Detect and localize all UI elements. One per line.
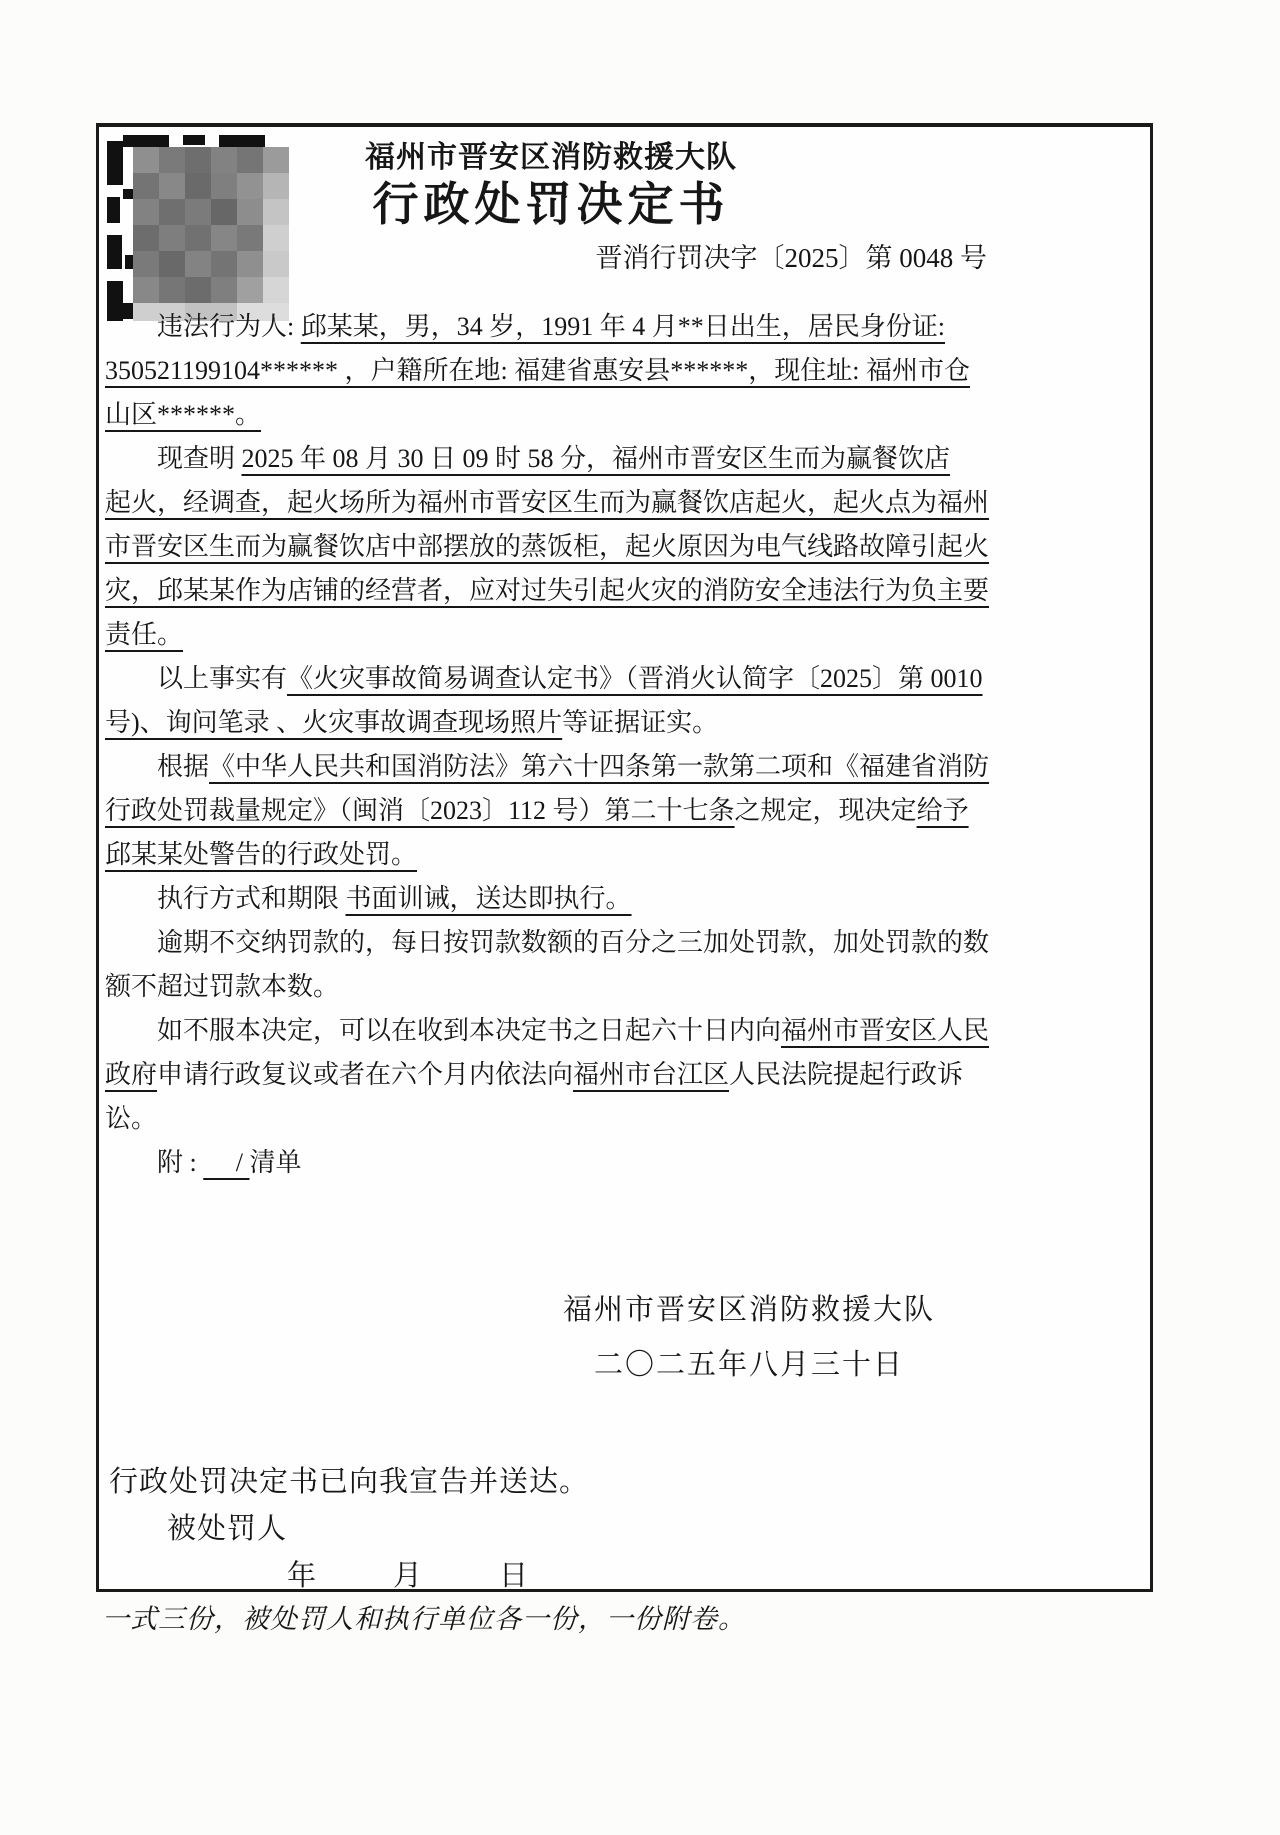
acknowledgment-block: 行政处罚决定书已向我宣告并送达。 被处罚人 年月日	[109, 1459, 589, 1600]
page-title: 行政处罚决定书	[105, 177, 997, 233]
signature-block: 福州市晋安区消防救援大队 二〇二五年八月三十日	[499, 1283, 999, 1393]
document-body: 违法行为人: 邱某某，男，34 岁，1991 年 4 月**日出生，居民身份证:…	[105, 305, 1005, 1185]
body-line: 灾，邱某某作为店铺的经营者，应对过失引起火灾的消防安全违法行为负主要	[105, 569, 1005, 613]
body-line: 额不超过罚款本数。	[105, 965, 1005, 1009]
body-line: 邱某某处警告的行政处罚。	[105, 833, 1005, 877]
body-line: 山区******。	[105, 393, 1005, 437]
body-line: 行政处罚裁量规定》（闽消〔2023〕112 号）第二十七条之规定，现决定给予	[105, 789, 1005, 833]
body-line: 责任。	[105, 613, 1005, 657]
scanned-document-page: 福州市晋安区消防救援大队 行政处罚决定书 晋消行罚决字〔2025〕第 0048 …	[0, 0, 1280, 1835]
body-line: 执行方式和期限 书面训诫，送达即执行。	[105, 877, 1005, 921]
body-line: 如不服本决定，可以在收到本决定书之日起六十日内向福州市晋安区人民	[105, 1009, 1005, 1053]
issuing-authority: 福州市晋安区消防救援大队	[105, 139, 997, 177]
ack-date-line: 年月日	[109, 1553, 589, 1600]
signature-org: 福州市晋安区消防救援大队	[499, 1283, 999, 1338]
document-header: 福州市晋安区消防救援大队 行政处罚决定书 晋消行罚决字〔2025〕第 0048 …	[105, 139, 997, 275]
body-line: 350521199104****** ，户籍所在地: 福建省惠安县******，…	[105, 349, 1005, 393]
body-line: 号)、询问笔录 、火灾事故调查现场照片等证据证实。	[105, 701, 1005, 745]
body-line: 讼。	[105, 1097, 1005, 1141]
body-line: 现查明 2025 年 08 月 30 日 09 时 58 分，福州市晋安区生而为…	[105, 437, 1005, 481]
body-line: 附 : / 清单	[105, 1141, 1005, 1185]
document-number: 晋消行罚决字〔2025〕第 0048 号	[105, 241, 997, 275]
day-label: 日	[499, 1560, 529, 1592]
year-label: 年	[287, 1560, 317, 1592]
copies-note: 一式三份，被处罚人和执行单位各一份，一份附卷。	[102, 1597, 746, 1636]
body-line: 根据《中华人民共和国消防法》第六十四条第一款第二项和《福建省消防	[105, 745, 1005, 789]
signature-date: 二〇二五年八月三十日	[499, 1338, 999, 1393]
month-label: 月	[393, 1560, 423, 1592]
body-line: 起火，经调查，起火场所为福州市晋安区生而为赢餐饮店起火，起火点为福州	[105, 481, 1005, 525]
body-line: 市晋安区生而为赢餐饮店中部摆放的蒸饭柜，起火原因为电气线路故障引起火	[105, 525, 1005, 569]
penalized-party-label: 被处罚人	[109, 1506, 589, 1553]
body-line: 以上事实有《火灾事故简易调查认定书》（晋消火认简字〔2025〕第 0010	[105, 657, 1005, 701]
acknowledgment-statement: 行政处罚决定书已向我宣告并送达。	[109, 1459, 589, 1506]
body-line: 逾期不交纳罚款的，每日按罚款数额的百分之三加处罚款，加处罚款的数	[105, 921, 1005, 965]
body-line: 政府申请行政复议或者在六个月内依法向福州市台江区人民法院提起行政诉	[105, 1053, 1005, 1097]
body-line: 违法行为人: 邱某某，男，34 岁，1991 年 4 月**日出生，居民身份证:	[105, 305, 1005, 349]
document-frame: 福州市晋安区消防救援大队 行政处罚决定书 晋消行罚决字〔2025〕第 0048 …	[96, 123, 1153, 1592]
